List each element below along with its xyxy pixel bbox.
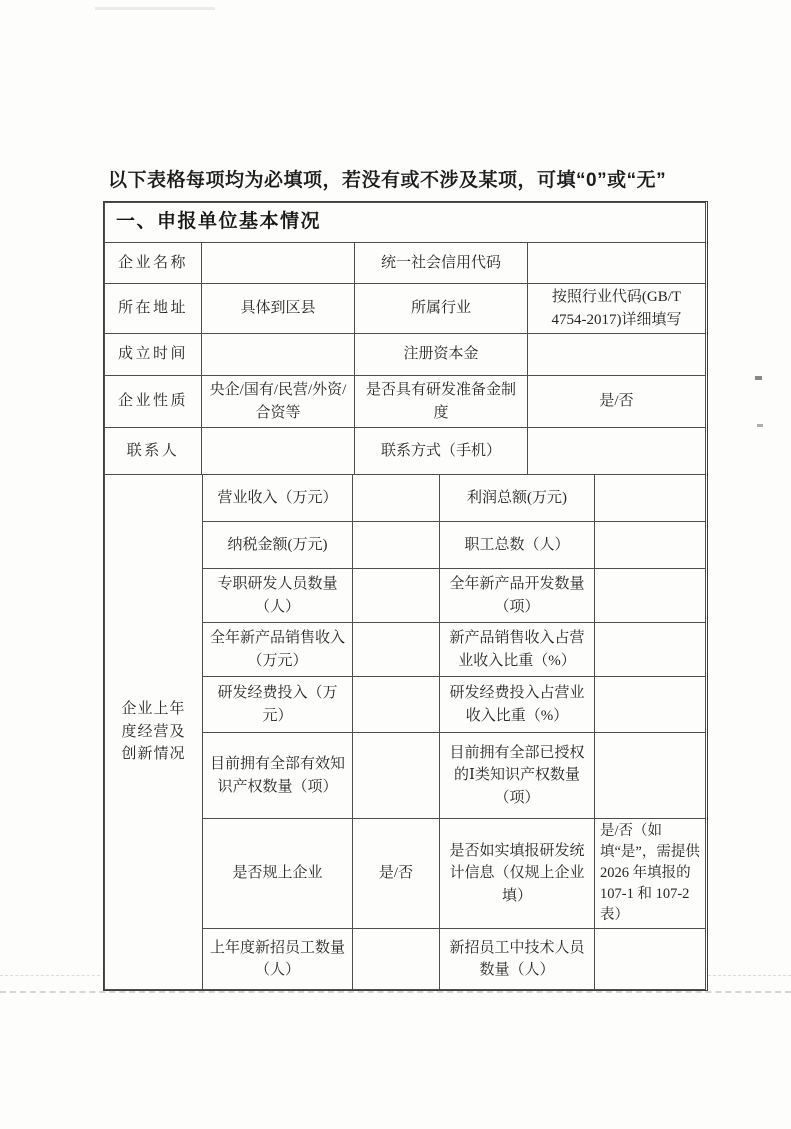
registered-capital-cell	[528, 334, 706, 376]
total-profit-cell	[595, 475, 706, 522]
rd-statistics-note-cell: 是/否（如填“是”，需提供 2026 年填报的 107-1 和 107-2 表）	[595, 819, 706, 929]
new-product-sales-label: 全年新产品销售收入（万元）	[203, 623, 353, 677]
rd-investment-ratio-cell	[595, 677, 706, 733]
credit-code-label: 统一社会信用代码	[355, 243, 528, 284]
new-hires-technical-label: 新招员工中技术人员数量（人）	[440, 929, 595, 990]
new-hires-technical-cell	[595, 929, 706, 990]
table-row: 企业上年度经营及创新情况 营业收入（万元） 利润总额(万元)	[105, 475, 706, 522]
rd-staff-cell	[353, 569, 440, 623]
rd-staff-label: 专职研发人员数量（人）	[203, 569, 353, 623]
operations-group-label: 企业上年度经营及创新情况	[105, 475, 203, 990]
scan-artifact-line	[0, 991, 791, 993]
new-product-sales-cell	[353, 623, 440, 677]
company-name-label: 企业名称	[105, 243, 202, 284]
table-row: 企业性质 央企/国有/民营/外资/合资等 是否具有研发准备金制度 是/否	[105, 376, 706, 428]
rd-reserve-yes-no-cell: 是/否	[528, 376, 706, 428]
tax-amount-cell	[353, 522, 440, 569]
tax-amount-label: 纳税金额(万元)	[203, 522, 353, 569]
scan-speck	[755, 376, 762, 380]
new-product-sales-ratio-cell	[595, 623, 706, 677]
ip-class1-label: 目前拥有全部已授权的Ⅰ类知识产权数量（项）	[440, 733, 595, 819]
declaration-form-table: 一、申报单位基本情况 企业名称 统一社会信用代码 所在地址 具体到区县 所属行业…	[103, 201, 708, 991]
total-staff-label: 职工总数（人）	[440, 522, 595, 569]
industry-label: 所属行业	[355, 284, 528, 334]
address-label: 所在地址	[105, 284, 202, 334]
table-row: 所在地址 具体到区县 所属行业 按照行业代码(GB/T 4754-2017)详细…	[105, 284, 706, 334]
table-row: 联系人 联系方式（手机）	[105, 428, 706, 475]
new-products-label: 全年新产品开发数量（项）	[440, 569, 595, 623]
table-row: 企业名称 统一社会信用代码	[105, 243, 706, 284]
ip-total-label: 目前拥有全部有效知识产权数量（项）	[203, 733, 353, 819]
scan-artifact-line	[0, 975, 100, 976]
operations-innovation-table: 企业上年度经营及创新情况 营业收入（万元） 利润总额(万元) 纳税金额(万元) …	[104, 474, 706, 990]
credit-code-cell	[528, 243, 706, 284]
rd-statistics-label: 是否如实填报研发统计信息（仅规上企业填）	[440, 819, 595, 929]
above-scale-yes-no-cell: 是/否	[353, 819, 440, 929]
revenue-label: 营业收入（万元）	[203, 475, 353, 522]
industry-hint-cell: 按照行业代码(GB/T 4754-2017)详细填写	[528, 284, 706, 334]
rd-investment-cell	[353, 677, 440, 733]
above-scale-label: 是否规上企业	[203, 819, 353, 929]
rd-investment-ratio-label: 研发经费投入占营业收入比重（%）	[440, 677, 595, 733]
section-title: 一、申报单位基本情况	[105, 203, 706, 243]
rd-reserve-system-label: 是否具有研发准备金制度	[355, 376, 528, 428]
table-row: 成立时间 注册资本金	[105, 334, 706, 376]
basic-info-table: 一、申报单位基本情况 企业名称 统一社会信用代码 所在地址 具体到区县 所属行业…	[104, 202, 706, 475]
contact-person-cell	[202, 428, 355, 475]
form-instruction: 以下表格每项均为必填项，若没有或不涉及某项，可填“0”或“无”	[108, 165, 666, 192]
ip-class1-cell	[595, 733, 706, 819]
total-profit-label: 利润总额(万元)	[440, 475, 595, 522]
section-header-row: 一、申报单位基本情况	[105, 203, 706, 243]
contact-person-label: 联系人	[105, 428, 202, 475]
scan-artifact-line	[708, 975, 791, 976]
scan-speck	[95, 7, 215, 10]
address-hint-cell: 具体到区县	[202, 284, 355, 334]
total-staff-cell	[595, 522, 706, 569]
scan-speck	[757, 424, 763, 427]
revenue-cell	[353, 475, 440, 522]
new-products-cell	[595, 569, 706, 623]
enterprise-nature-options-cell: 央企/国有/民营/外资/合资等	[202, 376, 355, 428]
company-name-cell	[202, 243, 355, 284]
enterprise-nature-label: 企业性质	[105, 376, 202, 428]
contact-phone-cell	[528, 428, 706, 475]
ip-total-cell	[353, 733, 440, 819]
contact-phone-label: 联系方式（手机）	[355, 428, 528, 475]
new-hires-label: 上年度新招员工数量（人）	[203, 929, 353, 990]
rd-investment-label: 研发经费投入（万元）	[203, 677, 353, 733]
new-product-sales-ratio-label: 新产品销售收入占营业收入比重（%）	[440, 623, 595, 677]
founding-date-cell	[202, 334, 355, 376]
registered-capital-label: 注册资本金	[355, 334, 528, 376]
founding-date-label: 成立时间	[105, 334, 202, 376]
new-hires-cell	[353, 929, 440, 990]
